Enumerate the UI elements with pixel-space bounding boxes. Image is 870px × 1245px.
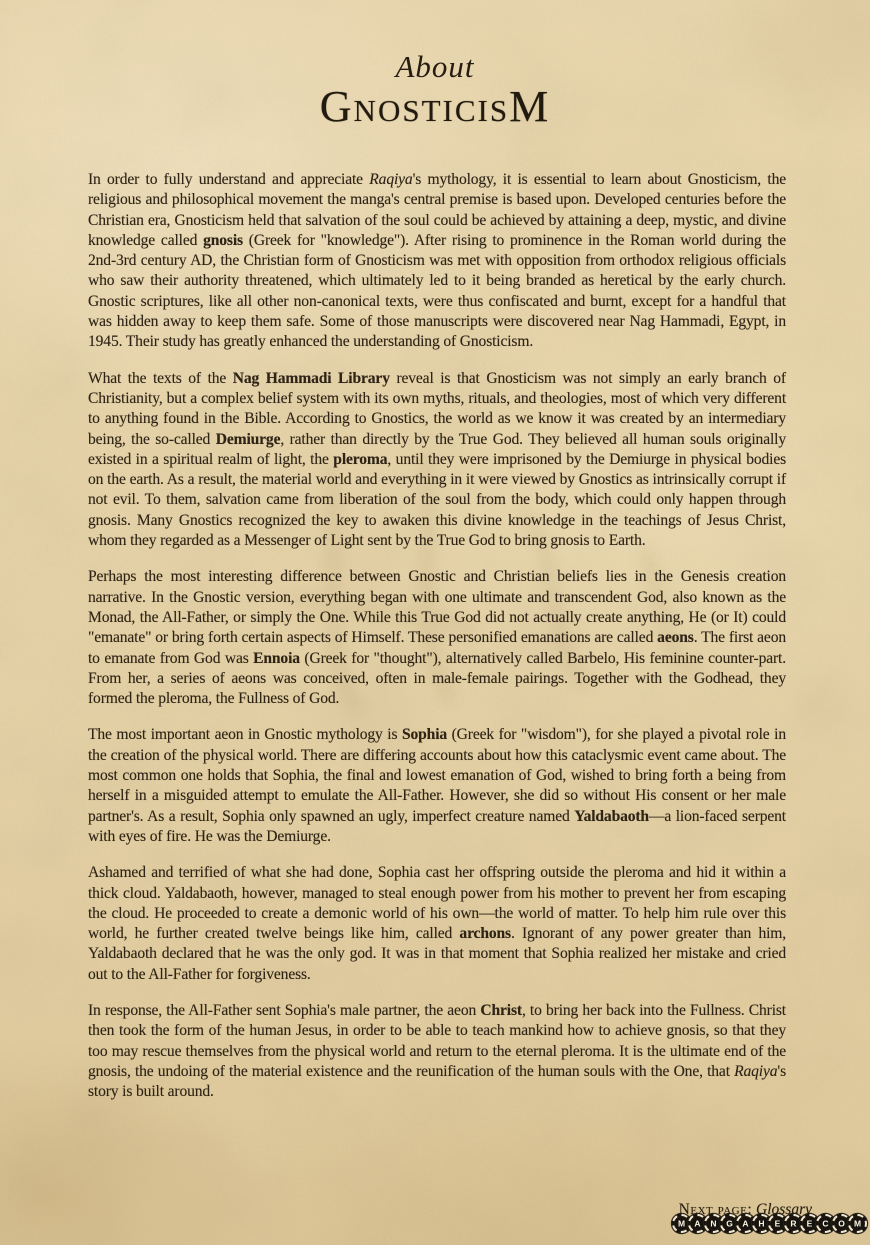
paragraph: Perhaps the most interesting difference … [88,567,786,709]
text-segment: Christ [480,1002,522,1019]
page-header: About GnosticisM [0,50,870,129]
paragraph: The most important aeon in Gnostic mytho… [88,725,786,847]
paragraph: What the texts of the Nag Hammadi Librar… [88,369,786,552]
watermark-letter: M [678,1220,685,1229]
watermark-letter: E [807,1220,813,1229]
watermark-letter: C [822,1220,828,1229]
scanned-page: About GnosticisM In order to fully under… [0,0,870,1245]
watermark-letter: G [726,1220,733,1229]
article-body: In order to fully understand and appreci… [88,170,786,1118]
text-segment: What the texts of the [88,370,233,387]
text-segment: aeons [657,629,694,646]
page-title-kicker: About [0,50,870,84]
text-segment: archons [459,925,511,942]
watermark-letter: A [694,1220,700,1229]
text-segment: In response, the All-Father sent Sophia'… [88,1002,480,1019]
watermark-letter: N [710,1220,716,1229]
text-segment: Raqiya [734,1063,777,1080]
watermark-gear-icon: M [848,1214,867,1233]
page-title: GnosticisM [0,85,870,129]
watermark: MANGAHERECOM [672,1214,867,1233]
paragraph: In order to fully understand and appreci… [88,170,786,353]
paragraph: In response, the All-Father sent Sophia'… [88,1001,786,1102]
watermark-letter: E [775,1220,781,1229]
watermark-letter: O [838,1220,845,1229]
watermark-letter: M [854,1220,861,1229]
text-segment: In order to fully understand and appreci… [88,171,369,188]
watermark-letter: A [742,1220,748,1229]
text-segment: Yaldabaoth [574,808,649,825]
text-segment: (Greek for "knowledge"). After rising to… [88,232,786,350]
text-segment: Nag Hammadi Library [233,370,390,387]
watermark-letter: R [790,1220,796,1229]
text-segment: Sophia [402,726,447,743]
text-segment: gnosis [203,232,243,249]
text-segment: Demiurge [216,431,281,448]
text-segment: The most important aeon in Gnostic mytho… [88,726,402,743]
paragraph: Ashamed and terrified of what she had do… [88,863,786,985]
watermark-letter: H [758,1220,764,1229]
text-segment: pleroma [333,451,387,468]
text-segment: Raqiya [369,171,412,188]
text-segment: Ennoia [253,650,300,667]
